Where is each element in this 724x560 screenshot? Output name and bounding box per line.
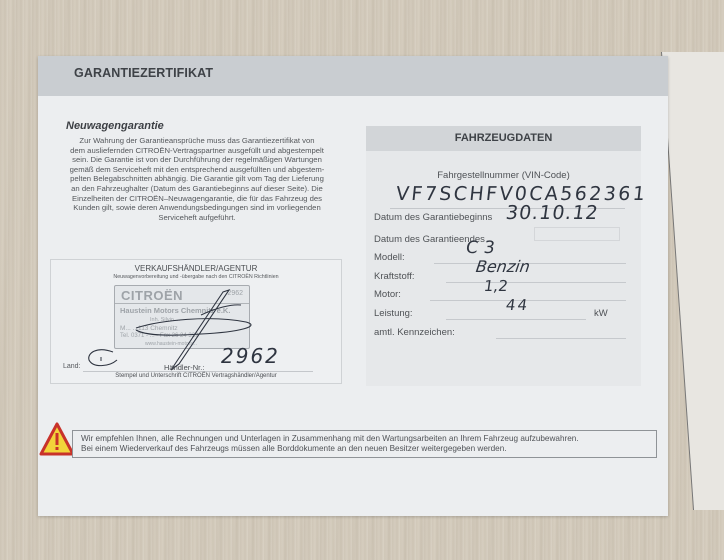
stamp-website: www.haustein-motors... [145,341,197,347]
page-header-band: GARANTIEZERTIFIKAT [38,56,668,96]
dealer-number-value: 2962 [221,344,280,368]
power-line [446,319,586,320]
intro-line: dem ausliefernden CITROËN-Vertragspartne… [58,146,336,156]
dealer-subtitle: Neuwagenvorbereitung und -übergabe nach … [51,274,341,280]
dealer-signature-line [83,371,313,372]
vin-label: Fahrgestellnummer (VIN-Code) [366,170,641,181]
warranty-start-value: 30.10.12 [504,202,600,224]
dealer-section: VERKAUFSHÄNDLER/AGENTUR Neuwagenvorberei… [50,259,342,384]
intro-line: pelten Belegabschnitten abhängig. Die Ga… [58,174,336,184]
notice-line: Wir empfehlen Ihnen, alle Rechnungen und… [81,434,579,444]
intro-line: gemäß dem Serviceheft mit den entspreche… [58,165,336,175]
intro-line: an den Fahrzeughalter (Datum des Garanti… [58,184,336,194]
intro-line: Kunden gilt, sowie deren Anwendungsbedin… [58,203,336,213]
warranty-end-field [534,227,620,241]
intro-line: Serviceheft aufgeführt. [58,213,336,223]
power-unit: kW [594,308,608,319]
dealer-stamp: CITROËN 2962 Haustein Motors Chemnitz e.… [114,285,250,349]
intro-line: sein. Die Garantie ist von der Durchführ… [58,155,336,165]
intro-line: Zur Wahrung der Garantieansprüche muss d… [58,136,336,146]
license-plate-label: amtl. Kennzeichen: [374,327,455,338]
engine-value: 1,2 [483,277,509,295]
notice-box: Wir empfehlen Ihnen, alle Rechnungen und… [72,430,657,458]
intro-text: Zur Wahrung der Garantieansprüche muss d… [58,136,336,222]
warranty-start-label: Datum des Garantiebeginns [374,212,492,223]
fuel-line [446,282,626,283]
engine-label: Motor: [374,289,401,300]
fuel-value: Benzin [475,257,532,276]
land-label: Land: [63,363,81,370]
power-label: Leistung: [374,308,413,319]
stamp-owner: Inh. Silvio ... [150,317,180,323]
dealer-title: VERKAUFSHÄNDLER/AGENTUR [51,264,341,273]
vehicle-data-section: FAHRZEUGDATEN Fahrgestellnummer (VIN-Cod… [366,126,641,386]
stamp-address: M... ...113 Chemnitz [120,325,178,332]
vehicle-header-band: FAHRZEUGDATEN [366,126,641,151]
stamp-brand: CITROËN [121,288,183,303]
intro-line: Einzelheiten der CITROËN–Neuwagengaranti… [58,194,336,204]
facing-page [662,52,724,510]
stamp-dealer-name: Haustein Motors Chemnitz e.K. [120,306,230,315]
warranty-certificate-page: GARANTIEZERTIFIKAT Neuwagengarantie Zur … [38,56,668,516]
intro-heading: Neuwagengarantie [66,120,164,132]
power-value: 44 [505,296,531,314]
stamp-number: 2962 [227,290,243,297]
notice-line: Bei einem Wiederverkauf des Fahrzeugs mü… [81,444,579,454]
stamp-phone: Tel. 0371 - ... - Fax 26 24 329 [120,333,198,339]
warning-triangle-icon [39,422,75,456]
stamp-divider [115,303,249,304]
notice-text: Wir empfehlen Ihnen, alle Rechnungen und… [81,434,579,454]
model-label: Modell: [374,252,405,263]
dealer-footer: Stempel und Unterschrift CITROËN Vertrag… [51,373,341,379]
fuel-label: Kraftstoff: [374,271,414,282]
vehicle-title: FAHRZEUGDATEN [366,132,641,144]
license-plate-line [496,338,626,339]
model-value: C3 [465,238,502,258]
page-title: GARANTIEZERTIFIKAT [74,66,213,80]
